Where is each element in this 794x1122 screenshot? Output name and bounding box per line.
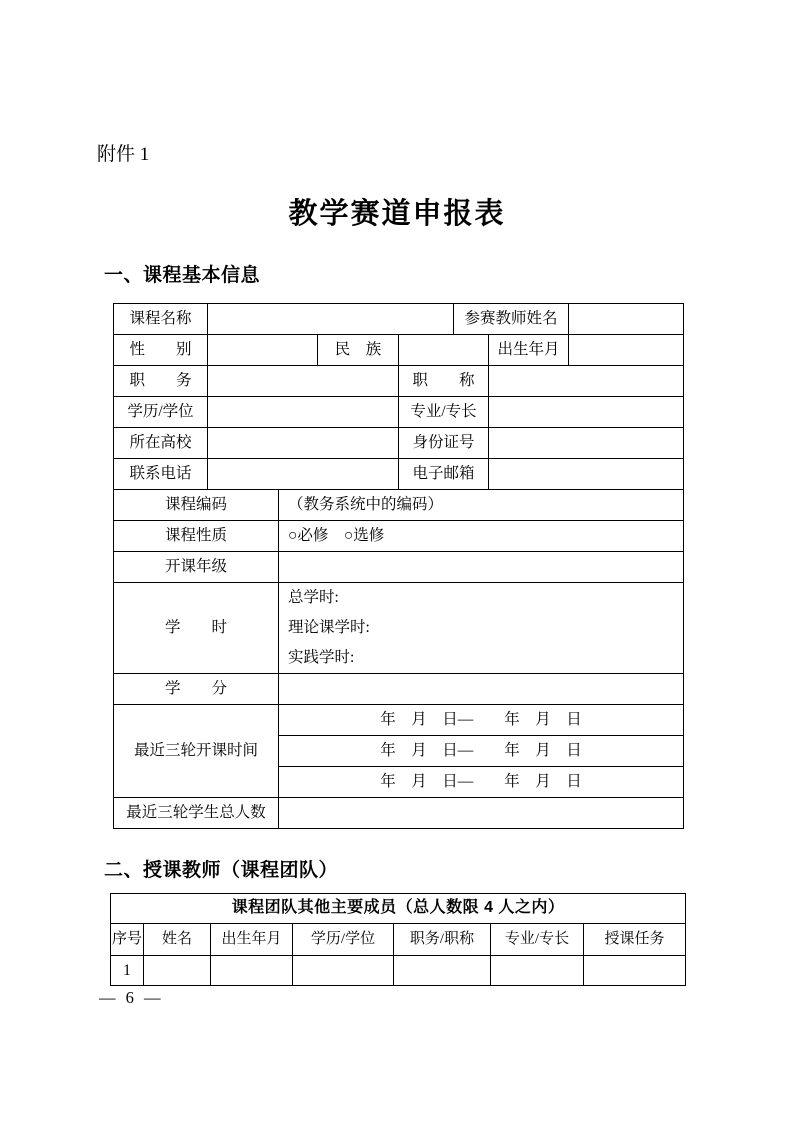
id-number-label: 身份证号: [399, 428, 489, 459]
row-recent-students: 最近三轮学生总人数: [114, 798, 684, 829]
hours-value-cell: 总学时: 理论课学时: 实践学时:: [279, 583, 684, 674]
recent-round-3-date: 年 月 日— 年 月 日: [279, 767, 684, 798]
member-specialty-cell: [491, 956, 584, 986]
start-grade-value-cell: [279, 552, 684, 583]
member-birth-cell: [211, 956, 293, 986]
section1-heading: 一、课程基本信息: [104, 260, 260, 287]
university-label: 所在高校: [114, 428, 208, 459]
section2-heading: 二、授课教师（课程团队）: [104, 855, 338, 882]
credits-value-cell: [279, 674, 684, 705]
birth-date-value-cell: [569, 335, 684, 366]
row-course-name: 课程名称 参赛教师姓名: [114, 304, 684, 335]
teacher-name-label: 参赛教师姓名: [454, 304, 569, 335]
attachment-label: 附件 1: [97, 139, 149, 166]
id-number-value-cell: [489, 428, 684, 459]
specialty-value-cell: [489, 397, 684, 428]
team-table: 课程团队其他主要成员（总人数限 4 人之内） 序号 姓名 出生年月 学历/学位 …: [110, 893, 686, 986]
document-page: 附件 1 教学赛道申报表 一、课程基本信息 课程名称 参赛教师姓名 性 别 民 …: [0, 0, 794, 1122]
credits-label: 学 分: [114, 674, 279, 705]
course-code-hint: （教务系统中的编码）: [279, 490, 684, 521]
gender-label: 性 别: [114, 335, 208, 366]
row-position-title: 职 务 职 称: [114, 366, 684, 397]
email-label: 电子邮箱: [399, 459, 489, 490]
document-title: 教学赛道申报表: [0, 191, 794, 232]
ethnicity-value-cell: [399, 335, 489, 366]
row-phone-email: 联系电话 电子邮箱: [114, 459, 684, 490]
hours-total-line: 总学时:: [279, 583, 683, 613]
degree-value-cell: [208, 397, 399, 428]
course-name-value-cell: [208, 304, 454, 335]
course-name-label: 课程名称: [114, 304, 208, 335]
team-member-row: 1: [111, 956, 686, 986]
row-course-nature: 课程性质 ○必修 ○选修: [114, 521, 684, 552]
course-nature-label: 课程性质: [114, 521, 279, 552]
recent-round-1-date: 年 月 日— 年 月 日: [279, 705, 684, 736]
recent-students-value-cell: [279, 798, 684, 829]
col-header-task: 授课任务: [584, 924, 686, 956]
row-degree-specialty: 学历/学位 专业/专长: [114, 397, 684, 428]
course-info-table: 课程名称 参赛教师姓名 性 别 民 族 出生年月 职 务 职 称 学历/学位 专…: [113, 303, 684, 829]
recent-rounds-label: 最近三轮开课时间: [114, 705, 279, 798]
teacher-name-value-cell: [569, 304, 684, 335]
col-header-birth: 出生年月: [211, 924, 293, 956]
col-header-name: 姓名: [144, 924, 211, 956]
row-start-grade: 开课年级: [114, 552, 684, 583]
member-task-cell: [584, 956, 686, 986]
row-course-code: 课程编码 （教务系统中的编码）: [114, 490, 684, 521]
team-table-header-row: 序号 姓名 出生年月 学历/学位 职务/职称 专业/专长 授课任务: [111, 924, 686, 956]
hours-practice-line: 实践学时:: [279, 643, 683, 673]
position-label: 职 务: [114, 366, 208, 397]
col-header-title: 职务/职称: [394, 924, 491, 956]
degree-label: 学历/学位: [114, 397, 208, 428]
position-value-cell: [208, 366, 399, 397]
recent-students-label: 最近三轮学生总人数: [114, 798, 279, 829]
phone-label: 联系电话: [114, 459, 208, 490]
row-recent-round-1: 最近三轮开课时间 年 月 日— 年 月 日: [114, 705, 684, 736]
team-table-title: 课程团队其他主要成员（总人数限 4 人之内）: [111, 894, 686, 924]
ethnicity-label: 民 族: [318, 335, 399, 366]
phone-value-cell: [208, 459, 399, 490]
recent-round-2-date: 年 月 日— 年 月 日: [279, 736, 684, 767]
start-grade-label: 开课年级: [114, 552, 279, 583]
prof-title-label: 职 称: [399, 366, 489, 397]
course-nature-options: ○必修 ○选修: [279, 521, 684, 552]
page-number: — 6 —: [99, 988, 164, 1008]
team-table-title-row: 课程团队其他主要成员（总人数限 4 人之内）: [111, 894, 686, 924]
hours-theory-line: 理论课学时:: [279, 613, 683, 643]
university-value-cell: [208, 428, 399, 459]
row-gender-ethnicity-birth: 性 别 民 族 出生年月: [114, 335, 684, 366]
col-header-specialty: 专业/专长: [491, 924, 584, 956]
specialty-label: 专业/专长: [399, 397, 489, 428]
member-degree-cell: [293, 956, 394, 986]
member-title-cell: [394, 956, 491, 986]
email-value-cell: [489, 459, 684, 490]
row-hours: 学 时 总学时: 理论课学时: 实践学时:: [114, 583, 684, 674]
member-name-cell: [144, 956, 211, 986]
member-no-cell: 1: [111, 956, 144, 986]
gender-value-cell: [208, 335, 318, 366]
course-code-label: 课程编码: [114, 490, 279, 521]
hours-label: 学 时: [114, 583, 279, 674]
col-header-degree: 学历/学位: [293, 924, 394, 956]
row-university-id: 所在高校 身份证号: [114, 428, 684, 459]
birth-date-label: 出生年月: [489, 335, 569, 366]
prof-title-value-cell: [489, 366, 684, 397]
col-header-no: 序号: [111, 924, 144, 956]
row-credits: 学 分: [114, 674, 684, 705]
